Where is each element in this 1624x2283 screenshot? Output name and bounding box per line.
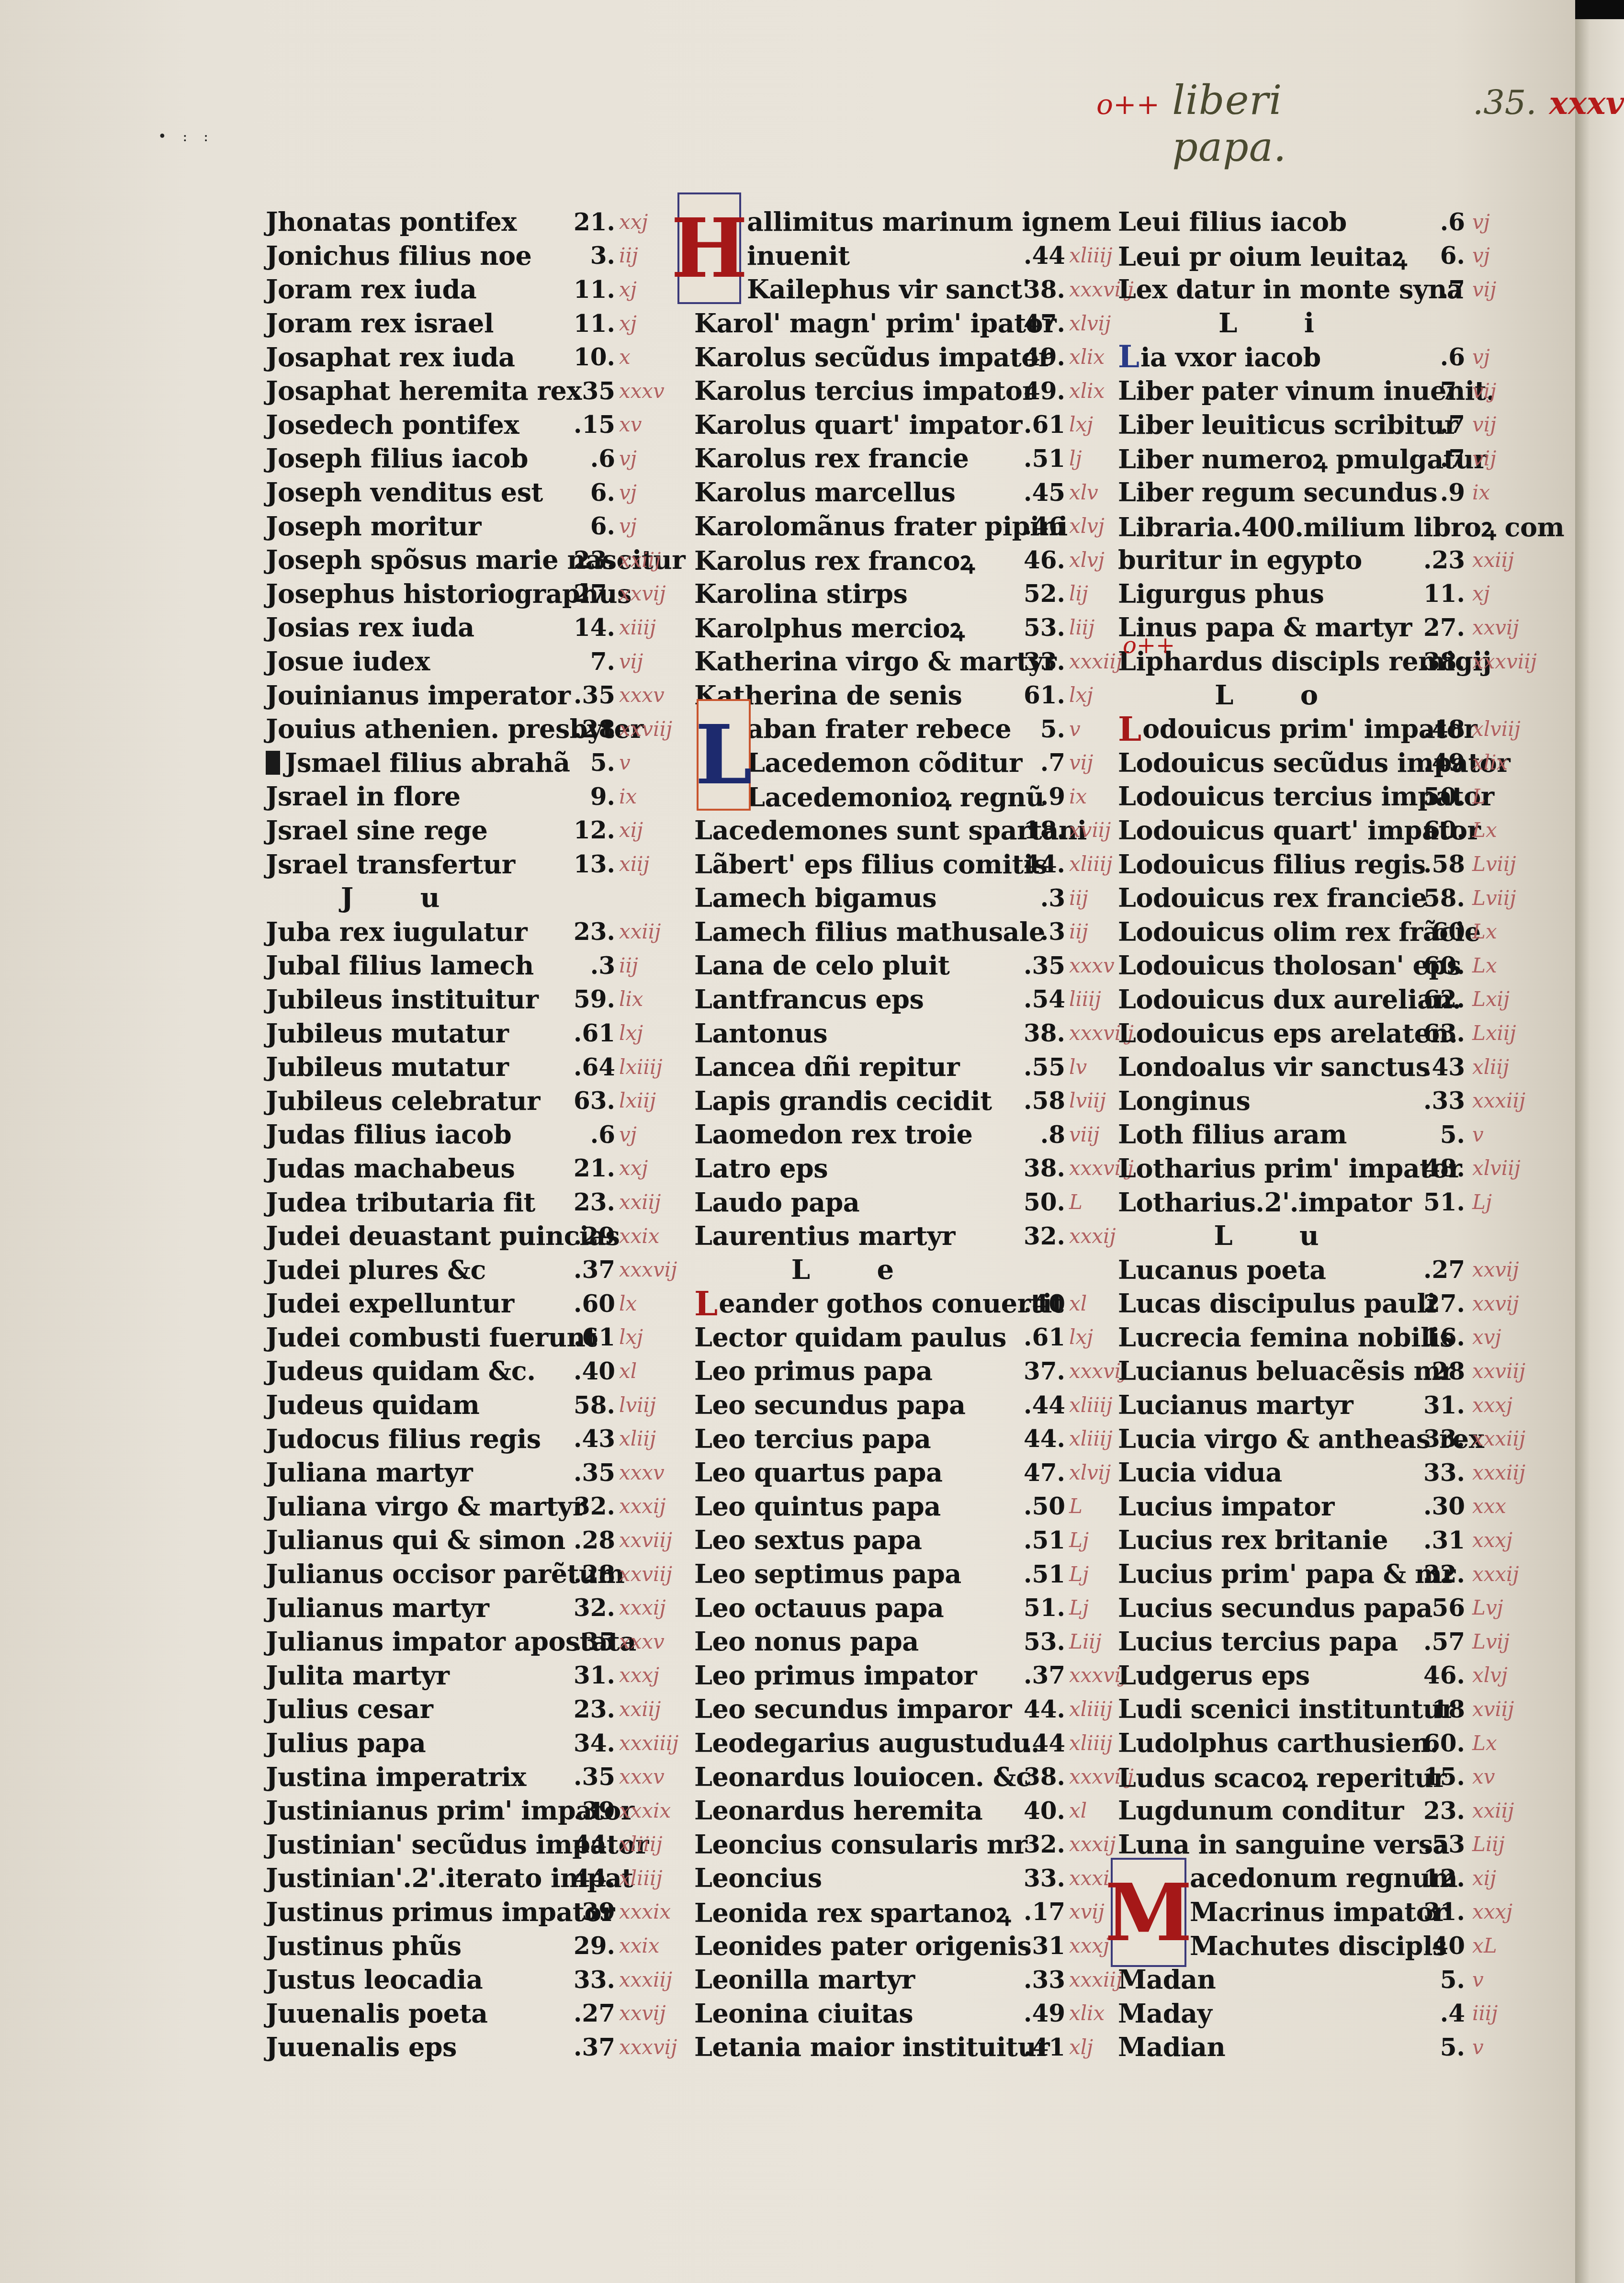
folio-number: 12.: [558, 816, 615, 844]
index-entry: Judeus quidam58.lviij: [266, 1388, 687, 1422]
roman-numeral-annotation: lj: [1069, 447, 1082, 470]
index-entry: Lãbert' eps filius comitis44.xliiij: [694, 847, 1116, 881]
folio-number: .28: [1400, 1357, 1465, 1385]
roman-numeral-annotation: Lviij: [1472, 886, 1516, 910]
entry-text: Juliana virgo & martyr: [266, 1491, 586, 1522]
roman-numeral-annotation: xvij: [1069, 1900, 1105, 1923]
index-entry: Lotharius.2'.impator51.Lj: [1118, 1185, 1578, 1219]
folio-number: .27: [558, 1999, 615, 2027]
index-entry: Judeus quidam &c..40xl: [266, 1354, 687, 1388]
index-entry: Maday.4iiij: [1118, 1996, 1578, 2030]
roman-numeral-annotation: L: [1069, 1494, 1083, 1518]
index-entry: Jubal filius lamech.3iij: [266, 949, 687, 983]
folio-number: 27.: [558, 579, 615, 608]
folio-number: .28: [558, 1560, 615, 1588]
index-entry: Leoncius33.xxxiij: [694, 1861, 1116, 1895]
index-entry: Lucas discipulus pauli27.xxvij: [1118, 1287, 1578, 1321]
folio-number: .28: [558, 715, 615, 743]
roman-numeral-annotation: vj: [1472, 244, 1490, 267]
index-entry: Leo primus impator.37xxxvij: [694, 1659, 1116, 1693]
roman-numeral-annotation: vj: [1472, 345, 1490, 369]
roman-numeral-annotation: L: [1069, 1190, 1083, 1214]
ink-specks: • : :: [158, 128, 214, 145]
index-entry: Ligurgus phus11.xj: [1118, 577, 1578, 611]
roman-numeral-annotation: xxxv: [619, 1765, 665, 1788]
folio-number: 5.: [558, 748, 615, 777]
index-entry: Lodouicus secũdus impator.49xlix: [1118, 746, 1578, 780]
index-entry: Karolus tercius impator49.xlix: [694, 374, 1116, 408]
index-entry: Jubileus instituitur59.lix: [266, 983, 687, 1017]
folio-roman: xxxv: [1549, 84, 1624, 122]
roman-numeral-annotation: lxj: [1069, 1325, 1093, 1349]
index-entry: Leui filius iacob.6vj: [1118, 205, 1578, 239]
index-entry: Julianus impator apostata.35xxxv: [266, 1625, 687, 1659]
folio-number: 38.: [1001, 1154, 1065, 1182]
roman-numeral-annotation: vj: [619, 1123, 637, 1146]
entry-text: Joram rex iuda: [266, 274, 476, 305]
entry-text: Ludolphus carthusien.: [1118, 1728, 1439, 1758]
folio-number: .31: [1400, 1526, 1465, 1554]
folio-number: 48.: [1400, 1154, 1465, 1182]
entry-text: Judei combusti fuerunt: [266, 1322, 597, 1353]
index-entry: Laudo papa50.L: [694, 1185, 1116, 1219]
roman-numeral-annotation: xxix: [619, 1224, 660, 1248]
folio-number: .17: [1001, 1898, 1065, 1926]
roman-numeral-annotation: v: [619, 751, 631, 774]
index-entry: Lucius impator.30xxx: [1118, 1490, 1578, 1524]
entry-text: Judas filius iacob: [266, 1119, 511, 1150]
index-entry: Jonichus filius noe3.iij: [266, 239, 687, 273]
index-entry: Liber regum secundus.9ix: [1118, 475, 1578, 509]
entry-text: Ludus scacoꝝ reperitur: [1118, 1759, 1446, 1795]
entry-text: Jubileus mutatur: [266, 1018, 508, 1049]
index-entry: Juuenalis eps.37xxxvij: [266, 2030, 687, 2064]
index-entry: Lucius prim' papa & mr32.xxxij: [1118, 1557, 1578, 1591]
entry-text: Juuenalis poeta: [266, 1998, 487, 2029]
entry-text: Jouinianus imperator: [266, 680, 570, 711]
index-entry: Karolus marcellus.45xlv: [694, 475, 1116, 509]
index-column-3: Leui filius iacob.6vjLeui pr oium leuita…: [1118, 205, 1578, 2064]
roman-numeral-annotation: vij: [1472, 278, 1496, 301]
roman-numeral-annotation: lx: [619, 1292, 637, 1315]
roman-numeral-annotation: Lvij: [1472, 1630, 1510, 1653]
roman-numeral-annotation: xl: [1069, 1292, 1087, 1315]
roman-numeral-annotation: xxxiij: [1472, 1427, 1525, 1450]
entry-text: Leui filius iacob: [1118, 206, 1347, 237]
index-entry: Leui pr oium leuitaꝝ6.vj: [1118, 239, 1578, 273]
index-entry: Leo tercius papa44.xliiij: [694, 1422, 1116, 1456]
roman-numeral-annotation: iij: [1069, 920, 1088, 943]
roman-numeral-annotation: iij: [619, 244, 638, 267]
entry-text: Juliana martyr: [266, 1457, 473, 1488]
index-entry: Karolus secũdus impator49.xlix: [694, 340, 1116, 374]
index-entry: Lodouicus prim' impator.48xlviij: [1118, 712, 1578, 746]
entry-text: Julius cesar: [266, 1694, 433, 1724]
roman-numeral-annotation: vij: [619, 650, 643, 673]
roman-numeral-annotation: Lj: [1069, 1528, 1089, 1552]
folio-number: .40: [1400, 1932, 1465, 1960]
entry-text: Londoalus vir sanctus: [1118, 1051, 1430, 1082]
roman-numeral-annotation: ix: [619, 785, 637, 808]
roman-numeral-annotation: xxxij: [619, 1494, 666, 1518]
folio-number: 47.: [1001, 1458, 1065, 1487]
entry-text: Leo sextus papa: [694, 1525, 922, 1555]
folio-number: 61.: [1001, 681, 1065, 709]
index-entry: Leo septimus papa.51Lj: [694, 1557, 1116, 1591]
roman-numeral-annotation: liij: [1069, 616, 1094, 639]
index-entry: Lotharius prim' impator48.xlviij: [1118, 1152, 1578, 1186]
index-entry: Justina imperatrix.35xxxv: [266, 1760, 687, 1794]
folio-number: .61: [1001, 410, 1065, 439]
index-entry: Lucia virgo & antheas rex33.xxxiij: [1118, 1422, 1578, 1456]
roman-numeral-annotation: xxvij: [1472, 1292, 1519, 1315]
index-entry: Lantfrancus eps.54liiij: [694, 983, 1116, 1017]
folio-number: .49: [1400, 748, 1465, 777]
folio-number: 46.: [1400, 1661, 1465, 1689]
folio-number: 58.: [558, 1391, 615, 1419]
folio-number: .54: [1001, 985, 1065, 1013]
running-head: o++ liberi papa. .35. xxxv: [1096, 77, 1624, 124]
roman-numeral-annotation: v: [1472, 1123, 1484, 1146]
entry-text: buritur in egypto: [1118, 544, 1362, 575]
entry-text: Lamech bigamus: [694, 882, 936, 913]
entry-text: Jsrael transfertur: [266, 849, 515, 880]
entry-text: Letania maior instituitur: [694, 2032, 1049, 2062]
entry-text: Longinus: [1118, 1085, 1250, 1116]
entry-text: Lodouicus rex francie: [1118, 882, 1427, 913]
index-entry: Lucianus martyr31.xxxj: [1118, 1388, 1578, 1422]
entry-text: Lucanus poeta: [1118, 1255, 1326, 1285]
roman-numeral-annotation: lxj: [619, 1021, 643, 1045]
folio-number: 16.: [1400, 1323, 1465, 1351]
roman-numeral-annotation: xlvij: [1069, 1461, 1111, 1484]
roman-numeral-annotation: xxxv: [619, 379, 665, 403]
roman-numeral-annotation: xiiij: [619, 616, 656, 639]
folio-number: 44.: [1001, 850, 1065, 878]
index-entry: Juliana virgo & martyr32.xxxij: [266, 1490, 687, 1524]
folio-number: 38.: [1001, 1019, 1065, 1047]
index-entry: Leonardus louiocen. &c38.xxxviij: [694, 1760, 1116, 1794]
roman-numeral-annotation: xxxij: [1069, 1832, 1116, 1856]
section-heading: L e: [694, 1253, 991, 1287]
folio-number: .44: [1001, 241, 1065, 270]
entry-text: Jubileus celebratur: [266, 1085, 540, 1116]
entry-text: Lãbert' eps filius comitis: [694, 849, 1048, 880]
folio-number: 32.: [558, 1594, 615, 1622]
index-entry: Joseph venditus est6.vj: [266, 475, 687, 509]
roman-numeral-annotation: xxxiij: [1472, 1461, 1525, 1484]
index-entry: Lodouicus eps arelaten.63.Lxiij: [1118, 1016, 1578, 1050]
folio-number: 6.: [558, 512, 615, 540]
index-entry: Judas machabeus21.xxj: [266, 1152, 687, 1186]
roman-numeral-annotation: xxxj: [1472, 1393, 1512, 1417]
entry-text: Julianus qui & simon: [266, 1525, 565, 1555]
folio-number: 31.: [1400, 1898, 1465, 1926]
index-entry: Justinian'.2'.iterato impat44.xliiij: [266, 1861, 687, 1895]
folio-number: 6.: [1400, 241, 1465, 270]
index-entry: Josias rex iuda14.xiiij: [266, 610, 687, 644]
entry-text: Leo tercius papa: [694, 1424, 931, 1454]
folio-number: .48: [1400, 715, 1465, 743]
illuminated-initial-m: M: [1111, 1858, 1186, 1967]
folio-number: 52.: [1001, 579, 1065, 608]
folio-number: .15: [558, 410, 615, 439]
roman-numeral-annotation: iij: [1069, 886, 1088, 910]
roman-numeral-annotation: xj: [619, 312, 637, 335]
index-entry: Lucius secundus papa.56Lvj: [1118, 1591, 1578, 1625]
index-entry: Madan5.v: [1118, 1963, 1578, 1997]
folio-number: .7: [1400, 275, 1465, 304]
entry-text: Jubileus instituitur: [266, 984, 538, 1015]
roman-numeral-annotation: xL: [1472, 1934, 1497, 1957]
folio-number: 53.: [1001, 1627, 1065, 1656]
roman-numeral-annotation: xxxij: [619, 1596, 666, 1619]
index-entry: Joseph filius iacob.6vj: [266, 441, 687, 475]
index-entry: Lamech bigamus.3iij: [694, 881, 1116, 915]
entry-text: Latro eps: [694, 1153, 828, 1184]
index-entry: Josaphat rex iuda10.x: [266, 340, 687, 374]
index-entry: Leodegarius augustudu..44xliiij: [694, 1726, 1116, 1760]
roman-numeral-annotation: Lxij: [1472, 987, 1510, 1011]
roman-numeral-annotation: xvj: [1472, 1325, 1501, 1349]
index-entry: Ludus scacoꝝ reperitur15.xv: [1118, 1760, 1578, 1794]
roman-numeral-annotation: xlix: [1069, 345, 1105, 369]
roman-numeral-annotation: iiij: [1472, 2001, 1498, 2025]
folio-number: .58: [1001, 1086, 1065, 1115]
index-entry: Katherina de senis61.lxj: [694, 678, 1116, 712]
roman-numeral-annotation: vj: [619, 481, 637, 504]
folio-number: .39: [558, 1797, 615, 1825]
folio-number: .18: [1400, 1695, 1465, 1723]
entry-text: Lantfrancus eps: [694, 984, 924, 1015]
folio-number: 33.: [1400, 1458, 1465, 1487]
entry-text: Lodouicus filius regis: [1118, 849, 1426, 880]
index-entry: Liber leuiticus scribitur.7vij: [1118, 408, 1578, 442]
roman-numeral-annotation: Lj: [1069, 1562, 1089, 1586]
index-entry: Jubileus mutatur.61lxj: [266, 1016, 687, 1050]
index-entry: Jubileus mutatur.64lxiiij: [266, 1050, 687, 1084]
roman-numeral-annotation: xlvij: [1069, 312, 1111, 335]
roman-numeral-annotation: xlix: [1472, 751, 1508, 774]
folio-number: .30: [1400, 1492, 1465, 1520]
folio-number: .3: [558, 951, 615, 980]
folio-number: 5.: [1400, 1966, 1465, 1994]
folio-number: .39: [558, 1898, 615, 1926]
roman-numeral-annotation: vij: [1472, 379, 1496, 403]
folio-number: 18.: [1001, 816, 1065, 844]
illuminated-initial-l: L: [697, 699, 751, 811]
page-gutter: [1575, 19, 1624, 2283]
index-entry: Josedech pontifex.15xv: [266, 408, 687, 442]
roman-numeral-annotation: Lj: [1472, 1190, 1492, 1214]
roman-numeral-annotation: lviij: [619, 1393, 656, 1417]
entry-text: Leoncius consularis mr: [694, 1829, 1027, 1860]
folio-number: .37: [558, 1255, 615, 1284]
folio-number: .40: [558, 1357, 615, 1385]
roman-numeral-annotation: Lx: [1472, 1731, 1497, 1755]
folio-number: 58.: [1400, 884, 1465, 912]
illuminated-initial-h: H: [677, 192, 741, 304]
roman-numeral-annotation: xviij: [1069, 818, 1111, 842]
roman-numeral-annotation: xxix: [619, 1934, 660, 1957]
roman-numeral-annotation: iij: [619, 954, 638, 977]
folio-number: 6.: [558, 478, 615, 507]
index-entry: Leonina ciuitas.49xlix: [694, 1996, 1116, 2030]
roman-numeral-annotation: xliiij: [1069, 852, 1112, 876]
entry-text: Judei plures &c: [266, 1255, 486, 1285]
entry-text: Joseph filius iacob: [266, 443, 528, 474]
entry-text: Jubal filius lamech: [266, 950, 534, 981]
roman-numeral-annotation: lxj: [1069, 413, 1093, 436]
index-entry: Londoalus vir sanctus.43xliij: [1118, 1050, 1578, 1084]
entry-text: Leo nonus papa: [694, 1626, 919, 1657]
folio-number: .7: [1001, 748, 1065, 777]
index-entry: Linus papa & martyr27.xxvij: [1118, 610, 1578, 644]
roman-numeral-annotation: lij: [1069, 582, 1088, 605]
entry-text: Laudo papa: [694, 1187, 859, 1218]
index-entry: Judei plures &c.37xxxvij: [266, 1253, 687, 1287]
marginal-mark-red: o++: [1123, 632, 1175, 659]
rubricated-initial: L: [694, 1284, 718, 1323]
folio-number: .60: [558, 1289, 615, 1318]
index-entry: Karolphus mercioꝝ53.liij: [694, 610, 1116, 644]
index-entry: Justus leocadia33.xxxiij: [266, 1963, 687, 1997]
folio-number: .61: [558, 1019, 615, 1047]
roman-numeral-annotation: xlviij: [1472, 1156, 1521, 1180]
index-entry: Lacedemonioꝝ regnũ.9ix: [694, 780, 1116, 814]
folio-number: 14.: [558, 613, 615, 642]
entry-text: Leonilla martyr: [694, 1964, 915, 1995]
index-entry: Leonides pater origenis.31xxxj: [694, 1929, 1116, 1963]
entry-text: Karolus secũdus impator: [694, 342, 1052, 373]
roman-numeral-annotation: xxxiij: [1069, 1968, 1122, 1991]
index-column-2: allimitus marinum igneminuenit.44xliiijK…: [694, 205, 1116, 2064]
index-entry: inuenit.44xliiij: [694, 239, 1116, 273]
roman-numeral-annotation: xxj: [619, 1156, 648, 1180]
entry-text: Liber regum secundus: [1118, 477, 1437, 508]
folio-number: 32.: [1400, 1560, 1465, 1588]
folio-number: .35: [558, 377, 615, 405]
entry-text: Jsrael in flore: [266, 781, 461, 812]
roman-numeral-annotation: xiij: [619, 852, 650, 876]
entry-text: Lantonus: [694, 1018, 827, 1049]
entry-text: Lucianus martyr: [1118, 1390, 1353, 1420]
entry-text: Lucius secundus papa: [1118, 1593, 1432, 1623]
index-entry: Julius papa34.xxxiiij: [266, 1726, 687, 1760]
marginal-mark: o++: [1096, 88, 1160, 121]
index-entry: Liber numeroꝝ pmulgatur.7vij: [1118, 441, 1578, 475]
entry-text: Madan: [1118, 1964, 1216, 1995]
index-entry: Joseph spõsus marie nascitur23.xxiij: [266, 543, 687, 577]
roman-numeral-annotation: xxiij: [619, 1697, 661, 1721]
roman-numeral-annotation: xxxj: [1069, 1934, 1109, 1957]
folio-number: 23.: [558, 1695, 615, 1723]
folio-number: .35: [1001, 951, 1065, 980]
entry-text: Jubileus mutatur: [266, 1051, 508, 1082]
index-entry: Leo secundus imparor44.xliiij: [694, 1692, 1116, 1726]
running-head-title: liberi papa.: [1172, 77, 1391, 170]
roman-numeral-annotation: vij: [1472, 447, 1496, 470]
entry-text: Maday: [1118, 1998, 1212, 2029]
folio-number: 50.: [1400, 782, 1465, 811]
entry-text: Lucas discipulus pauli: [1118, 1288, 1436, 1319]
roman-numeral-annotation: xxiij: [1472, 1799, 1514, 1822]
roman-numeral-annotation: xlvj: [1472, 1663, 1508, 1687]
folio-number: 29.: [558, 1932, 615, 1960]
entry-text: Leonardus heremita: [694, 1795, 982, 1826]
roman-numeral-annotation: xlj: [1069, 2035, 1093, 2059]
folio-number: .33: [1001, 1966, 1065, 1994]
entry-text: Josue iudex: [266, 646, 430, 677]
index-entry: Lantonus38.xxxviij: [694, 1016, 1116, 1050]
roman-numeral-annotation: xij: [619, 818, 643, 842]
entry-text: Judeus quidam: [266, 1390, 479, 1420]
folio-number: 49.: [1001, 343, 1065, 371]
entry-text: Lamech filius mathusale: [694, 916, 1045, 947]
folio-number: 37.: [1001, 1357, 1065, 1385]
folio-number: 10.: [558, 343, 615, 371]
folio-number: 44.: [1001, 1695, 1065, 1723]
entry-text: Lotharius.2'.impator: [1118, 1187, 1411, 1218]
roman-numeral-annotation: Liij: [1472, 1832, 1505, 1856]
folio-number: .60: [1400, 917, 1465, 946]
index-entry: Josephus historiographus27.xxvij: [266, 577, 687, 611]
index-entry: Katherina virgo & martyr33.xxxiij: [694, 644, 1116, 678]
roman-numeral-annotation: xxj: [619, 210, 648, 234]
index-entry: Leander gothos conuertit.40xl: [694, 1287, 1116, 1321]
entry-text: Karolus rex francie: [694, 443, 969, 474]
roman-numeral-annotation: xxxv: [1069, 954, 1115, 977]
roman-numeral-annotation: xxxiiij: [619, 1731, 678, 1755]
folio-number: 23.: [558, 546, 615, 574]
index-entry: Lector quidam paulus.61lxj: [694, 1321, 1116, 1355]
index-entry: Karolus rex francie.51lj: [694, 441, 1116, 475]
roman-numeral-annotation: xxviij: [619, 717, 672, 741]
folio-number: .7: [1400, 444, 1465, 473]
index-entry: Joram rex iuda11.xj: [266, 272, 687, 306]
index-entry: Juliana martyr.35xxxv: [266, 1456, 687, 1490]
roman-numeral-annotation: xxxvij: [619, 2035, 677, 2059]
entry-text: Lucia vidua: [1118, 1457, 1282, 1488]
folio-number: .44: [1001, 1391, 1065, 1419]
roman-numeral-annotation: liiij: [1069, 987, 1101, 1011]
index-entry: Lucanus poeta.27xxvij: [1118, 1253, 1578, 1287]
roman-numeral-annotation: xv: [1472, 1765, 1495, 1788]
index-entry: Lodouicus tholosan' eps60.Lx: [1118, 949, 1578, 983]
index-entry: Lodouicus tercius impator50.L: [1118, 780, 1578, 814]
folio-number: .7: [1400, 410, 1465, 439]
index-entry: Judea tributaria fit23.xxiij: [266, 1185, 687, 1219]
folio-number: .61: [1001, 1323, 1065, 1351]
folio-number: .35: [558, 681, 615, 709]
index-entry: Lodouicus olim rex frãcie.60Lx: [1118, 915, 1578, 949]
roman-numeral-annotation: xxviij: [619, 1562, 672, 1586]
index-entry: Lucianus beluacẽsis mr.28xxviij: [1118, 1354, 1578, 1388]
folio-number: 32.: [1001, 1830, 1065, 1858]
entry-text: Leo secundus papa: [694, 1390, 966, 1420]
entry-text: Judas machabeus: [266, 1153, 515, 1184]
folio-number: 27.: [1400, 1289, 1465, 1318]
folio-number: .29: [558, 1222, 615, 1250]
folio-number: 63.: [558, 1086, 615, 1115]
folio-number: .61: [558, 1323, 615, 1351]
folio-number: 33.: [558, 1966, 615, 1994]
entry-text: Justina imperatrix: [266, 1762, 526, 1792]
roman-numeral-annotation: viij: [1069, 1123, 1100, 1146]
entry-text: Joseph venditus est: [266, 477, 543, 508]
entry-text: Loth filius aram: [1118, 1119, 1347, 1150]
folio-number: 13.: [558, 850, 615, 878]
